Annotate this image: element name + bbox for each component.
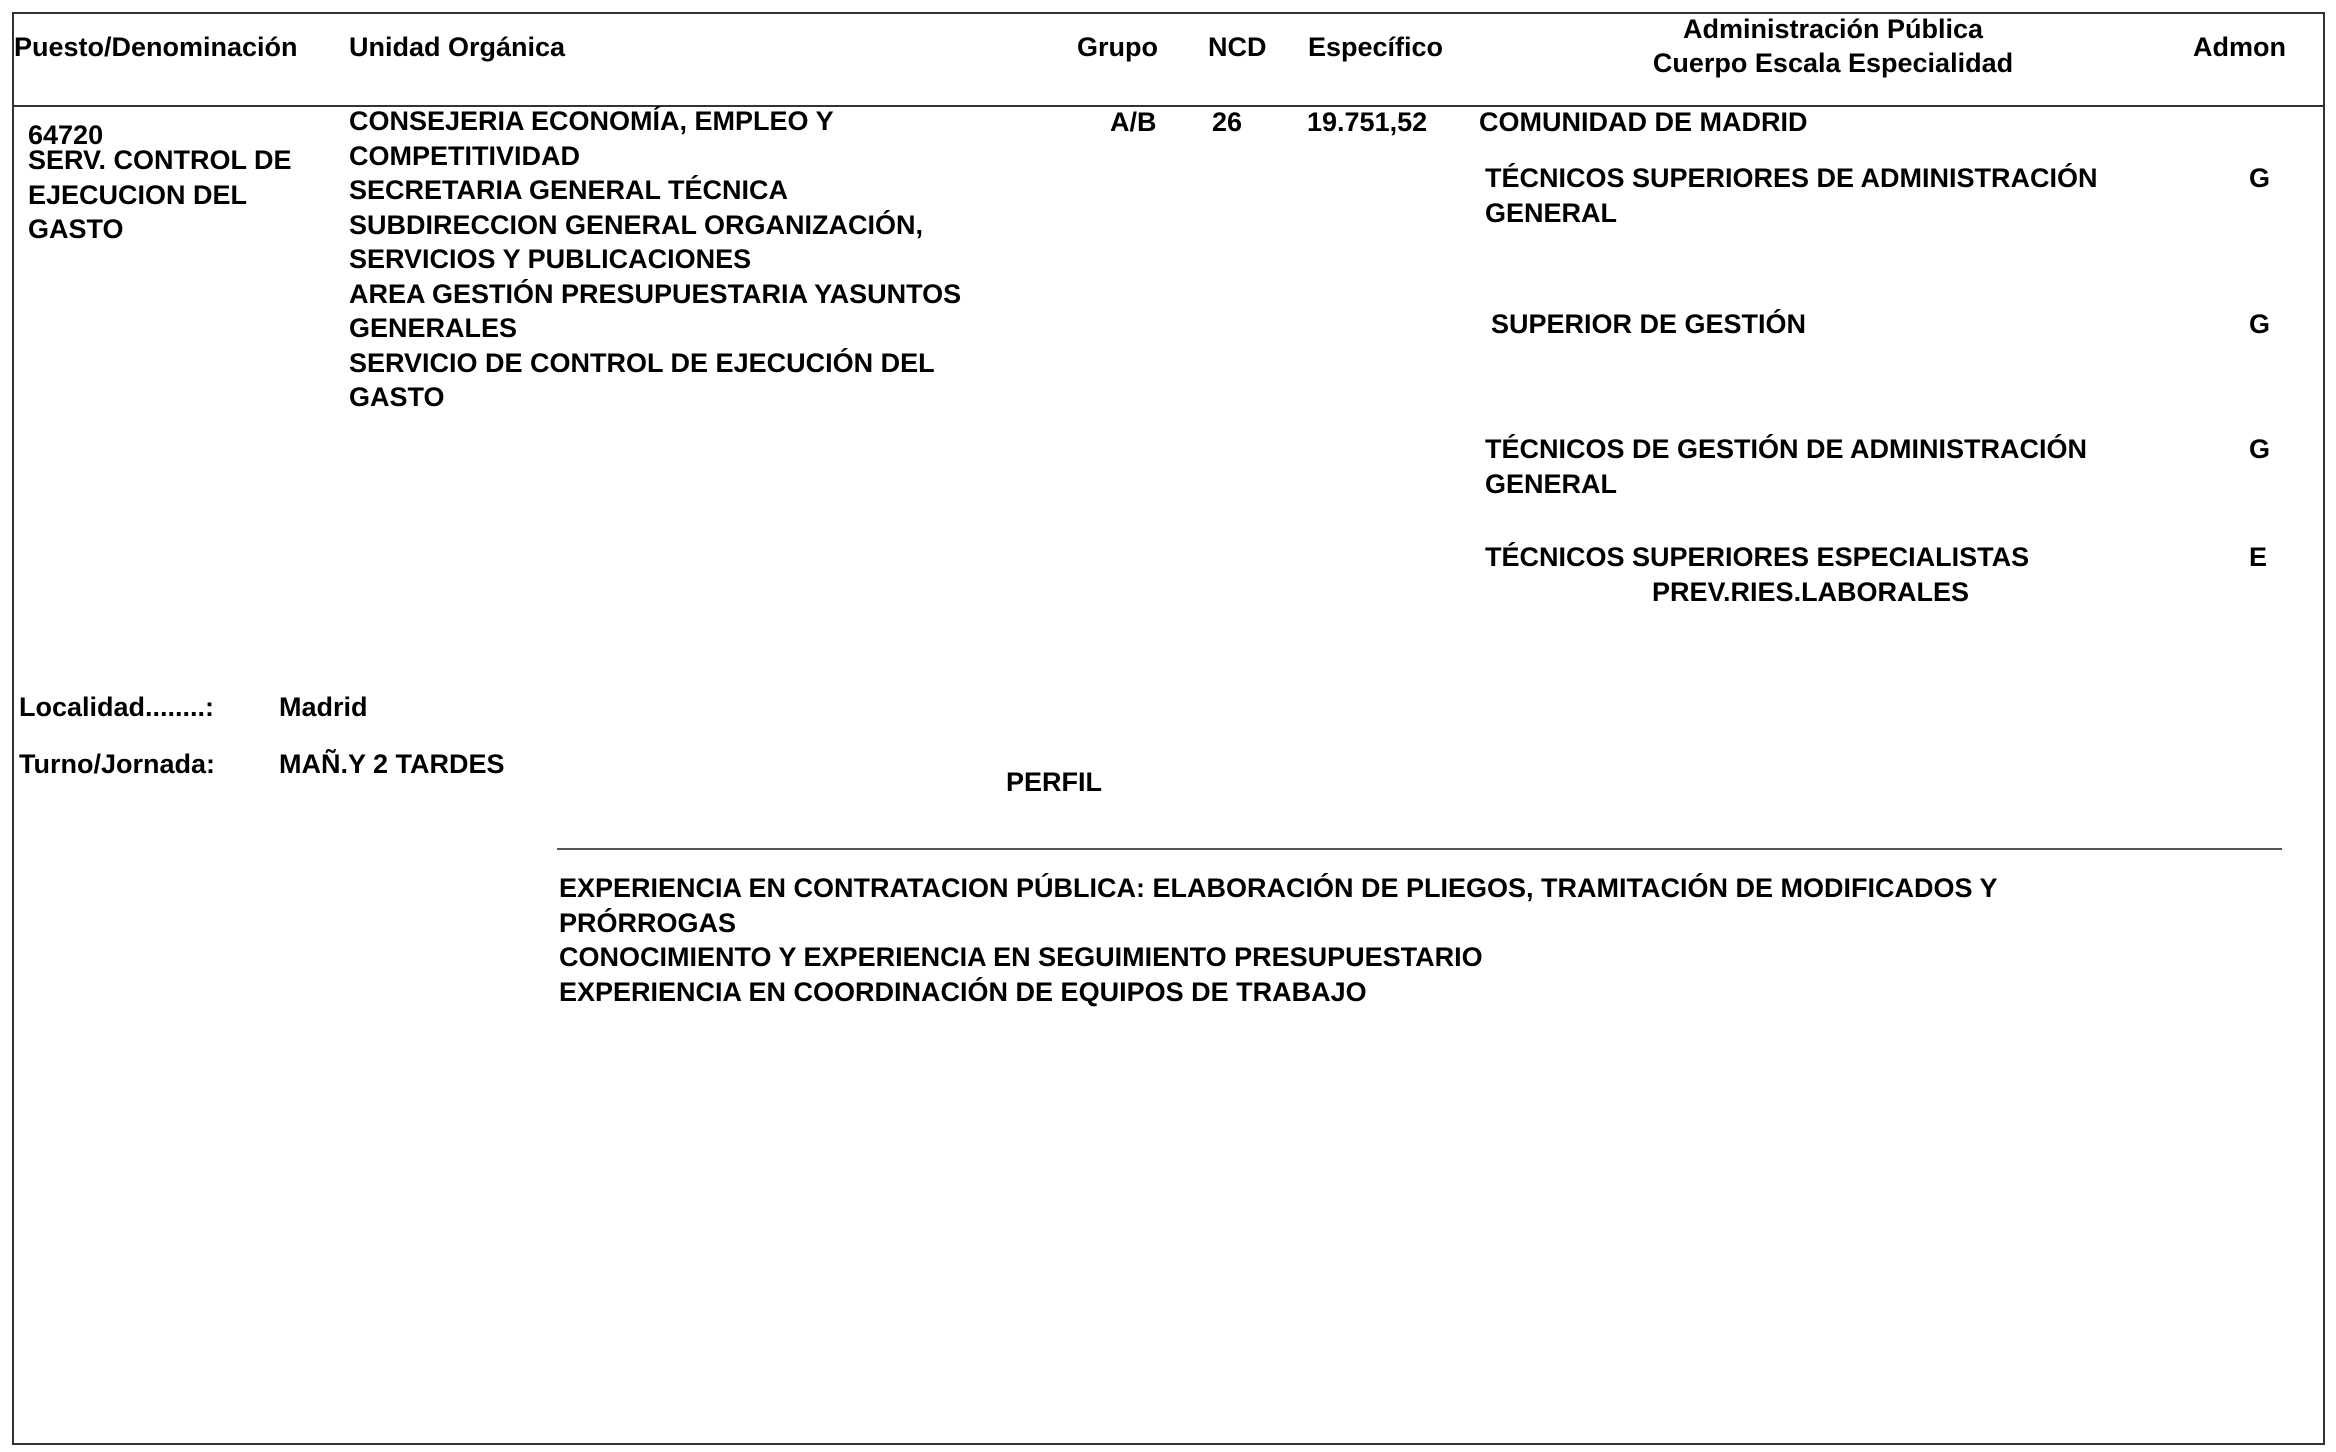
grupo-value: A/B: [1110, 105, 1157, 140]
cuerpo-admon: G: [2249, 432, 2270, 467]
perfil-requirements: EXPERIENCIA EN CONTRATACION PÚBLICA: ELA…: [559, 871, 1998, 1009]
cuerpo-line: TÉCNICOS SUPERIORES DE ADMINISTRACIÓN: [1485, 161, 2098, 196]
turno-label: Turno/Jornada:: [19, 747, 215, 782]
cuerpo-item: TÉCNICOS SUPERIORES DE ADMINISTRACIÓNGEN…: [1485, 161, 2098, 230]
header-ncd: NCD: [1208, 30, 1267, 64]
unidad-organica-line: SERVICIOS Y PUBLICACIONES: [349, 242, 961, 277]
unidad-organica-line: AREA GESTIÓN PRESUPUESTARIA YASUNTOS: [349, 277, 961, 312]
cuerpo-item: SUPERIOR DE GESTIÓN: [1491, 307, 1806, 342]
cuerpo-line: SUPERIOR DE GESTIÓN: [1491, 307, 1806, 342]
perfil-line: PRÓRROGAS: [559, 906, 1998, 941]
cuerpo-line: TÉCNICOS DE GESTIÓN DE ADMINISTRACIÓN: [1485, 432, 2087, 467]
cuerpo-line: GENERAL: [1485, 196, 2098, 231]
header-admon: Admon: [2193, 30, 2286, 64]
especifico-value: 19.751,52: [1307, 105, 1427, 140]
perfil-line: CONOCIMIENTO Y EXPERIENCIA EN SEGUIMIENT…: [559, 940, 1998, 975]
cuerpo-item: TÉCNICOS DE GESTIÓN DE ADMINISTRACIÓNGEN…: [1485, 432, 2087, 501]
header-cuerpo-escala: Cuerpo Escala Especialidad: [1533, 46, 2133, 80]
localidad-value: Madrid: [279, 690, 368, 725]
cuerpo-line: TÉCNICOS SUPERIORES ESPECIALISTAS: [1485, 540, 2029, 575]
denominacion-line: SERV. CONTROL DE: [28, 143, 292, 178]
header-unidad-organica: Unidad Orgánica: [349, 30, 565, 64]
localidad-label: Localidad........:: [19, 690, 214, 725]
header-puesto: Puesto/Denominación: [14, 30, 298, 64]
puesto-denominacion: SERV. CONTROL DEEJECUCION DELGASTO: [28, 143, 292, 247]
unidad-organica-line: COMPETITIVIDAD: [349, 139, 961, 174]
unidad-organica-line: SECRETARIA GENERAL TÉCNICA: [349, 173, 961, 208]
header-admin-publica: Administración Pública: [1533, 12, 2133, 46]
perfil-divider: [557, 848, 2282, 850]
denominacion-line: GASTO: [28, 212, 292, 247]
unidad-organica-line: SUBDIRECCION GENERAL ORGANIZACIÓN,: [349, 208, 961, 243]
cuerpo-admon: G: [2249, 307, 2270, 342]
denominacion-line: EJECUCION DEL: [28, 178, 292, 213]
cuerpo-line: PREV.RIES.LABORALES: [1485, 575, 2029, 610]
turno-value: MAÑ.Y 2 TARDES: [279, 747, 505, 782]
cuerpo-line: GENERAL: [1485, 467, 2087, 502]
unidad-organica-line: SERVICIO DE CONTROL DE EJECUCIÓN DEL: [349, 346, 961, 381]
cuerpo-admon: G: [2249, 161, 2270, 196]
perfil-line: EXPERIENCIA EN COORDINACIÓN DE EQUIPOS D…: [559, 975, 1998, 1010]
unidad-organica-line: GENERALES: [349, 311, 961, 346]
ncd-value: 26: [1212, 105, 1242, 140]
header-grupo: Grupo: [1077, 30, 1158, 64]
unidad-organica-line: GASTO: [349, 380, 961, 415]
unidad-organica: CONSEJERIA ECONOMÍA, EMPLEO YCOMPETITIVI…: [349, 104, 961, 415]
perfil-title: PERFIL: [1006, 765, 1102, 800]
perfil-line: EXPERIENCIA EN CONTRATACION PÚBLICA: ELA…: [559, 871, 1998, 906]
administracion-value: COMUNIDAD DE MADRID: [1479, 105, 1807, 140]
cuerpo-admon: E: [2249, 540, 2267, 575]
unidad-organica-line: CONSEJERIA ECONOMÍA, EMPLEO Y: [349, 104, 961, 139]
header-especifico: Específico: [1308, 30, 1443, 64]
cuerpo-item: TÉCNICOS SUPERIORES ESPECIALISTASPREV.RI…: [1485, 540, 2029, 609]
